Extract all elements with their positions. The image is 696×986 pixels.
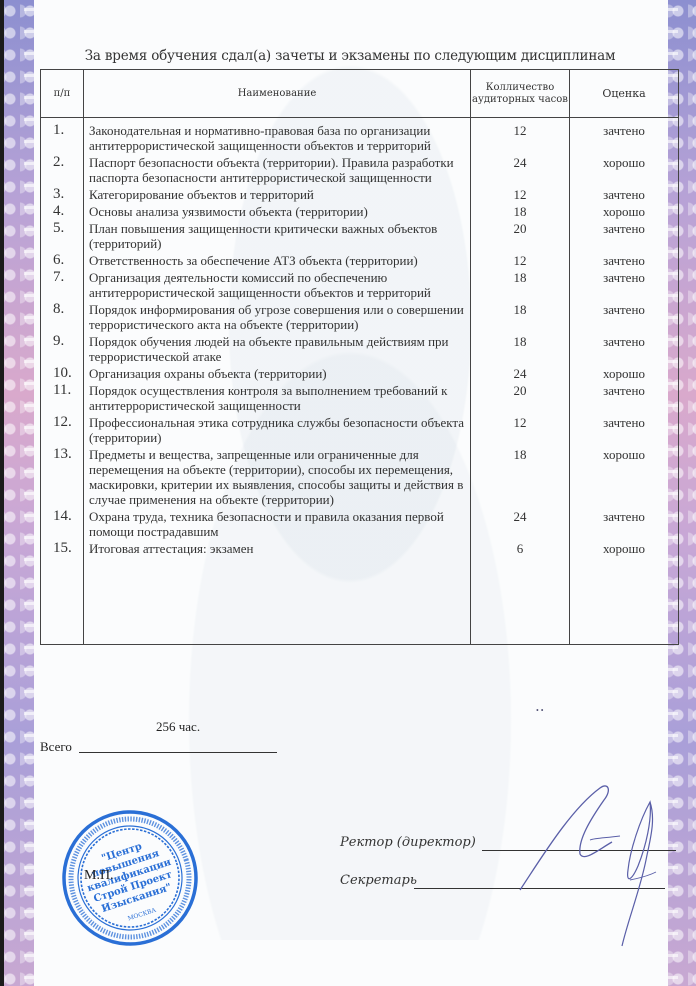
hours-value: 12 xyxy=(471,118,570,154)
row-number: 8. xyxy=(41,300,84,332)
discipline-name: Основы анализа уязвимости объекта (терри… xyxy=(84,202,471,219)
table-row: 1.Законодательная и нормативно-правовая … xyxy=(41,118,679,154)
discipline-name: Порядок информирования об угрозе соверше… xyxy=(84,300,471,332)
table-row: 14.Охрана труда, техника безопасности и … xyxy=(41,507,679,539)
row-number: 3. xyxy=(41,185,84,202)
row-number: 9. xyxy=(41,332,84,364)
grades-table-body: 1.Законодательная и нормативно-правовая … xyxy=(41,118,679,645)
decorative-border-left xyxy=(0,0,34,986)
row-number: 7. xyxy=(41,268,84,300)
rector-label: Ректор (директор) xyxy=(340,835,476,850)
organization-stamp: "Центр повышения квалификации Строй Прое… xyxy=(62,810,198,946)
hours-value: 18 xyxy=(471,268,570,300)
discipline-name: Предметы и вещества, запрещенные или огр… xyxy=(84,445,471,507)
discipline-name: Законодательная и нормативно-правовая ба… xyxy=(84,118,471,154)
hours-value: 18 xyxy=(471,332,570,364)
row-number: 12. xyxy=(41,413,84,445)
stamp-place-label: М.П. xyxy=(84,868,114,884)
row-number: 6. xyxy=(41,251,84,268)
discipline-name: Порядок осуществления контроля за выполн… xyxy=(84,381,471,413)
table-row: 4.Основы анализа уязвимости объекта (тер… xyxy=(41,202,679,219)
table-row: 6.Ответственность за обеспечение АТЗ объ… xyxy=(41,251,679,268)
table-row: 15.Итоговая аттестация: экзамен6хорошо xyxy=(41,539,679,556)
table-row: 5.План повышения защищенности критически… xyxy=(41,219,679,251)
grade-value: зачтено xyxy=(570,381,679,413)
header-grade: Оценка xyxy=(570,70,679,118)
row-number: 15. xyxy=(41,539,84,556)
table-empty-space xyxy=(41,556,679,644)
page-heading: За время обучения сдал(а) зачеты и экзам… xyxy=(40,48,660,64)
certificate-page: За время обучения сдал(а) зачеты и экзам… xyxy=(0,0,696,986)
grade-value: зачтено xyxy=(570,332,679,364)
hours-value: 20 xyxy=(471,219,570,251)
table-row: 2.Паспорт безопасности объекта (территор… xyxy=(41,153,679,185)
grade-value: хорошо xyxy=(570,539,679,556)
header-name: Наименование xyxy=(84,70,471,118)
handwritten-signature xyxy=(500,780,680,950)
grade-value: хорошо xyxy=(570,153,679,185)
discipline-name: Категорирование объектов и территорий xyxy=(84,185,471,202)
total-label: Всего xyxy=(40,739,72,755)
empty-cell xyxy=(471,556,570,644)
discipline-name: Профессиональная этика сотрудника службы… xyxy=(84,413,471,445)
discipline-name: Организация охраны объекта (территории) xyxy=(84,364,471,381)
empty-cell xyxy=(570,556,679,644)
empty-cell xyxy=(41,556,84,644)
header-hours: Колличество аудиторных часов xyxy=(471,70,570,118)
grade-value: зачтено xyxy=(570,507,679,539)
empty-cell xyxy=(84,556,471,644)
hours-value: 24 xyxy=(471,507,570,539)
grade-value: зачтено xyxy=(570,219,679,251)
discipline-name: Охрана труда, техника безопасности и пра… xyxy=(84,507,471,539)
row-number: 10. xyxy=(41,364,84,381)
discipline-name: Порядок обучения людей на объекте правил… xyxy=(84,332,471,364)
grades-table: п/п Наименование Колличество аудиторных … xyxy=(40,69,679,645)
grade-value: зачтено xyxy=(570,413,679,445)
stamp-city: МОСКВА xyxy=(127,907,157,923)
hours-value: 18 xyxy=(471,202,570,219)
hours-value: 6 xyxy=(471,539,570,556)
hours-value: 24 xyxy=(471,364,570,381)
grade-value: зачтено xyxy=(570,300,679,332)
total-underline xyxy=(79,752,277,753)
discipline-name: Итоговая аттестация: экзамен xyxy=(84,539,471,556)
hours-value: 12 xyxy=(471,185,570,202)
hours-value: 12 xyxy=(471,413,570,445)
table-row: 8.Порядок информирования об угрозе совер… xyxy=(41,300,679,332)
table-row: 9.Порядок обучения людей на объекте прав… xyxy=(41,332,679,364)
table-row: 7.Организация деятельности комиссий по о… xyxy=(41,268,679,300)
grade-value: зачтено xyxy=(570,118,679,154)
row-number: 2. xyxy=(41,153,84,185)
discipline-name: План повышения защищенности критически в… xyxy=(84,219,471,251)
grade-value: зачтено xyxy=(570,251,679,268)
row-number: 14. xyxy=(41,507,84,539)
discipline-name: Организация деятельности комиссий по обе… xyxy=(84,268,471,300)
table-row: 11.Порядок осуществления контроля за вып… xyxy=(41,381,679,413)
hours-value: 24 xyxy=(471,153,570,185)
hours-value: 12 xyxy=(471,251,570,268)
discipline-name: Ответственность за обеспечение АТЗ объек… xyxy=(84,251,471,268)
table-row: 3.Категорирование объектов и территорий1… xyxy=(41,185,679,202)
table-row: 10.Организация охраны объекта (территори… xyxy=(41,364,679,381)
row-number: 13. xyxy=(41,445,84,507)
total-hours-value: 256 час. xyxy=(156,719,200,735)
row-number: 11. xyxy=(41,381,84,413)
grade-value: зачтено xyxy=(570,268,679,300)
hours-value: 20 xyxy=(471,381,570,413)
secretary-label: Секретарь xyxy=(340,873,417,888)
grade-value: хорошо xyxy=(570,364,679,381)
ink-speck: • • xyxy=(536,706,544,715)
hours-value: 18 xyxy=(471,300,570,332)
row-number: 5. xyxy=(41,219,84,251)
row-number: 4. xyxy=(41,202,84,219)
row-number: 1. xyxy=(41,118,84,154)
grade-value: зачтено xyxy=(570,185,679,202)
grade-value: хорошо xyxy=(570,202,679,219)
header-num: п/п xyxy=(41,70,84,118)
table-header-row: п/п Наименование Колличество аудиторных … xyxy=(41,70,679,118)
table-row: 13.Предметы и вещества, запрещенные или … xyxy=(41,445,679,507)
hours-value: 18 xyxy=(471,445,570,507)
grade-value: хорошо xyxy=(570,445,679,507)
table-row: 12.Профессиональная этика сотрудника слу… xyxy=(41,413,679,445)
discipline-name: Паспорт безопасности объекта (территории… xyxy=(84,153,471,185)
